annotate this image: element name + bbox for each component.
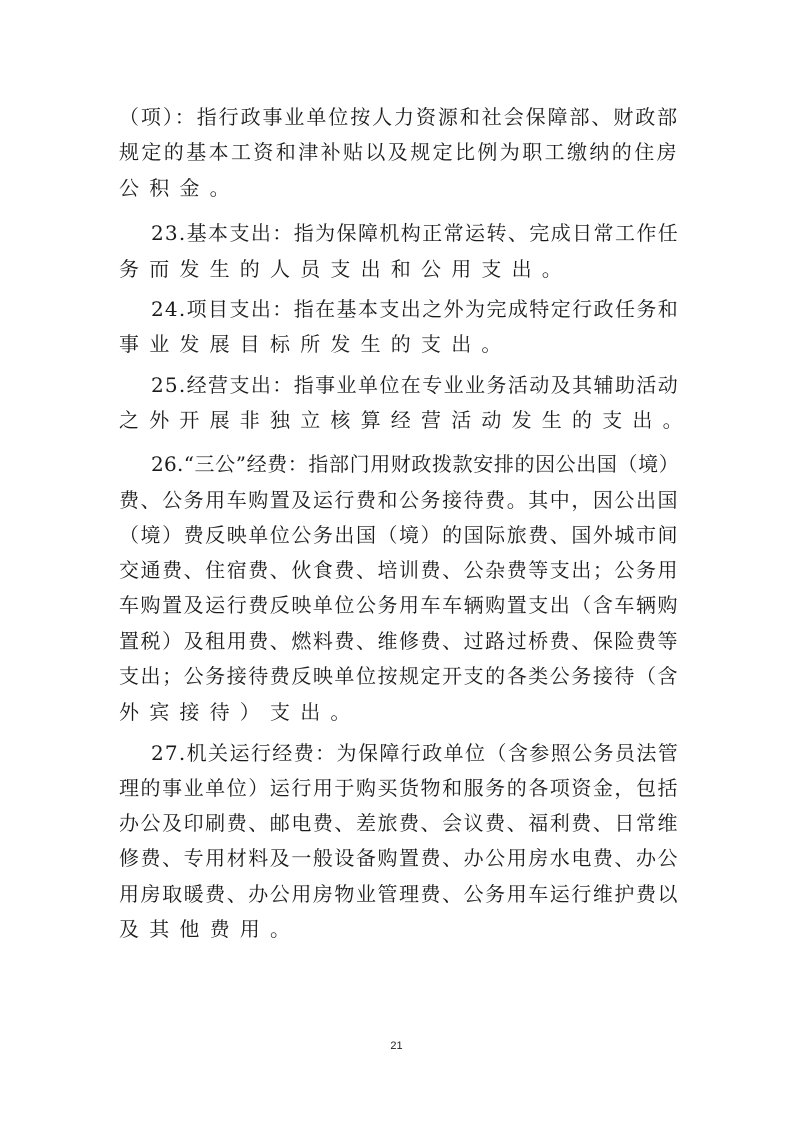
page-number: 21 [0,1040,793,1052]
text-line: 费、公务用车购置及运行费和公务接待费。其中，因公出国 [119,485,679,515]
text-line: 用房取暖费、办公用房物业管理费、公务用车运行维护费以 [119,879,679,909]
text-line: 修费、专用材料及一般设备购置费、办公用房水电费、办公 [119,843,679,873]
paragraph-first-line: 26.“三公”经费：指部门用财政拨款安排的因公出国（境） [151,449,679,479]
paragraph-first-line: 25.经营支出：指事业单位在专业业务活动及其辅助活动 [151,370,679,400]
text-line: 支出；公务接待费反映单位按规定开支的各类公务接待（含 [119,661,679,691]
text-line: 务而发生的人员支出和公用支出。 [119,254,679,284]
text-line: 事业发展目标所发生的支出。 [119,329,679,359]
text-line: 交通费、住宿费、伙食费、培训费、公杂费等支出；公务用 [119,555,679,585]
paragraph-first-line: 27.机关运行经费：为保障行政单位（含参照公务员法管 [151,738,679,768]
paragraph-first-line: 24.项目支出：指在基本支出之外为完成特定行政任务和 [151,294,679,324]
text-line: 外宾接待）支出。 [119,697,679,727]
text-line: 规定的基本工资和津补贴以及规定比例为职工缴纳的住房 [119,137,679,167]
paragraph-first-line: 23.基本支出：指为保障机构正常运转、完成日常工作任 [151,218,679,248]
text-line: 之外开展非独立核算经营活动发生的支出。 [119,405,679,435]
text-line: 办公及印刷费、邮电费、差旅费、会议费、福利费、日常维 [119,808,679,838]
text-line: 公积金。 [119,173,679,203]
text-line: （境）费反映单位公务出国（境）的国际旅费、国外城市间 [119,520,679,550]
text-line: 及其他费用。 [119,914,679,944]
text-line: 置税）及租用费、燃料费、维修费、过路过桥费、保险费等 [119,626,679,656]
text-line: （项）：指行政事业单位按人力资源和社会保障部、财政部 [119,102,679,132]
document-page: （项）：指行政事业单位按人力资源和社会保障部、财政部规定的基本工资和津补贴以及规… [0,0,793,1122]
text-line: 理的事业单位）运行用于购买货物和服务的各项资金，包括 [119,773,679,803]
text-line: 车购置及运行费反映单位公务用车车辆购置支出（含车辆购 [119,590,679,620]
